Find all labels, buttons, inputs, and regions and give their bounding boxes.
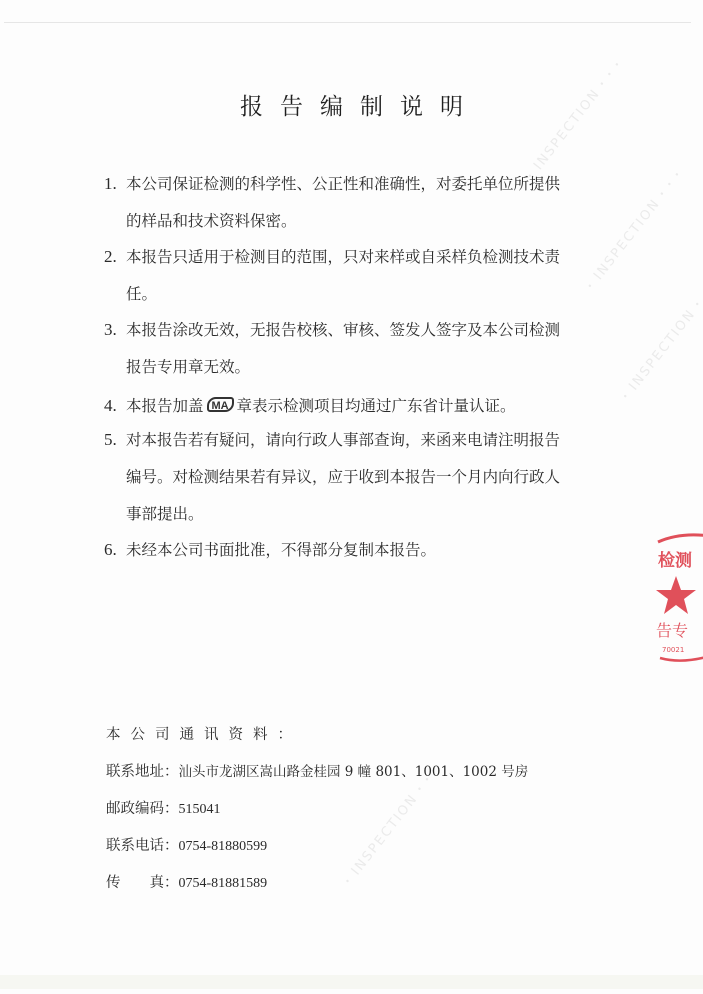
cma-mark-icon: MA bbox=[207, 397, 234, 412]
clause-1: 1.本公司保证检测的科学性、公正性和准确性，对委托单位所提供 bbox=[104, 172, 560, 194]
postcode-value: 515041 bbox=[179, 802, 221, 817]
clause-6: 6.未经本公司书面批准，不得部分复制本报告。 bbox=[104, 538, 436, 560]
contact-address: 联系地址：汕头市龙湖区嵩山路金桂园 9 幢 801、1001、1002 号房 bbox=[106, 760, 528, 781]
official-seal-stamp: 检测 告专 70021 bbox=[650, 528, 703, 663]
contact-fax: 传 真：0754-81881589 bbox=[106, 871, 267, 892]
clause-text: 本报告只适用于检测目的范围，只对来样或自采样负检测技术责 bbox=[126, 248, 560, 266]
clause-1-continuation: 的样品和技术资料保密。 bbox=[126, 209, 297, 231]
clause-text: 章表示检测项目均通过广东省计量认证。 bbox=[237, 397, 516, 415]
clause-number: 5. bbox=[104, 430, 126, 450]
document-page: ꞏ INSPECTION ꞏ ꞏ ꞏ ꞏ INSPECTION ꞏ ꞏ ꞏ ꞏ … bbox=[0, 0, 703, 994]
fax-value: 0754-81881589 bbox=[179, 876, 268, 891]
watermark: ꞏ INSPECTION ꞏ ꞏ bbox=[339, 770, 436, 888]
fax-label: 传 真： bbox=[106, 875, 179, 891]
clause-text: 本报告加盖 bbox=[126, 397, 204, 415]
seal-top-text: 检测 bbox=[658, 550, 692, 571]
clause-2-continuation: 任。 bbox=[126, 282, 157, 304]
page-title: 报告编制说明 bbox=[0, 88, 703, 121]
address-value: 汕头市龙湖区嵩山路金桂园 9 幢 801、1001、1002 号房 bbox=[179, 764, 529, 780]
seal-bottom-text: 告专 bbox=[656, 621, 688, 640]
contact-postcode: 邮政编码：515041 bbox=[106, 797, 221, 818]
phone-label: 联系电话： bbox=[106, 838, 179, 854]
clause-number: 6. bbox=[104, 540, 126, 560]
clause-5-continuation: 事部提出。 bbox=[126, 502, 204, 524]
clause-number: 4. bbox=[104, 396, 126, 416]
clause-4: 4.本报告加盖MA章表示检测项目均通过广东省计量认证。 bbox=[104, 394, 516, 416]
clause-number: 1. bbox=[104, 174, 126, 194]
clause-number: 3. bbox=[104, 320, 126, 340]
clause-number: 2. bbox=[104, 247, 126, 267]
clause-text: 对本报告若有疑问，请向行政人事部查询，来函来电请注明报告 bbox=[126, 431, 560, 449]
watermark: ꞏ INSPECTION ꞏ ꞏ ꞏ bbox=[581, 165, 686, 292]
watermark: ꞏ INSPECTION ꞏ bbox=[617, 295, 703, 403]
address-label: 联系地址： bbox=[106, 764, 179, 780]
seal-code-text: 70021 bbox=[662, 646, 684, 654]
clause-5: 5.对本报告若有疑问，请向行政人事部查询，来函来电请注明报告 bbox=[104, 428, 560, 450]
bottom-scan-band bbox=[0, 975, 703, 989]
clause-2: 2.本报告只适用于检测目的范围，只对来样或自采样负检测技术责 bbox=[104, 245, 560, 267]
top-rule bbox=[4, 22, 691, 23]
clause-5-continuation: 编号。对检测结果若有异议，应于收到本报告一个月内向行政人 bbox=[126, 465, 560, 487]
postcode-label: 邮政编码： bbox=[106, 801, 179, 817]
contact-phone: 联系电话：0754-81880599 bbox=[106, 834, 267, 855]
clause-3-continuation: 报告专用章无效。 bbox=[126, 355, 250, 377]
clause-text: 本报告涂改无效，无报告校核、审核、签发人签字及本公司检测 bbox=[126, 321, 560, 339]
clause-text: 未经本公司书面批准，不得部分复制本报告。 bbox=[126, 541, 436, 559]
clause-3: 3.本报告涂改无效，无报告校核、审核、签发人签字及本公司检测 bbox=[104, 318, 560, 340]
phone-value: 0754-81880599 bbox=[179, 839, 268, 854]
clause-text: 本公司保证检测的科学性、公正性和准确性，对委托单位所提供 bbox=[126, 175, 560, 193]
contact-heading: 本公司通讯资料： bbox=[106, 723, 302, 744]
